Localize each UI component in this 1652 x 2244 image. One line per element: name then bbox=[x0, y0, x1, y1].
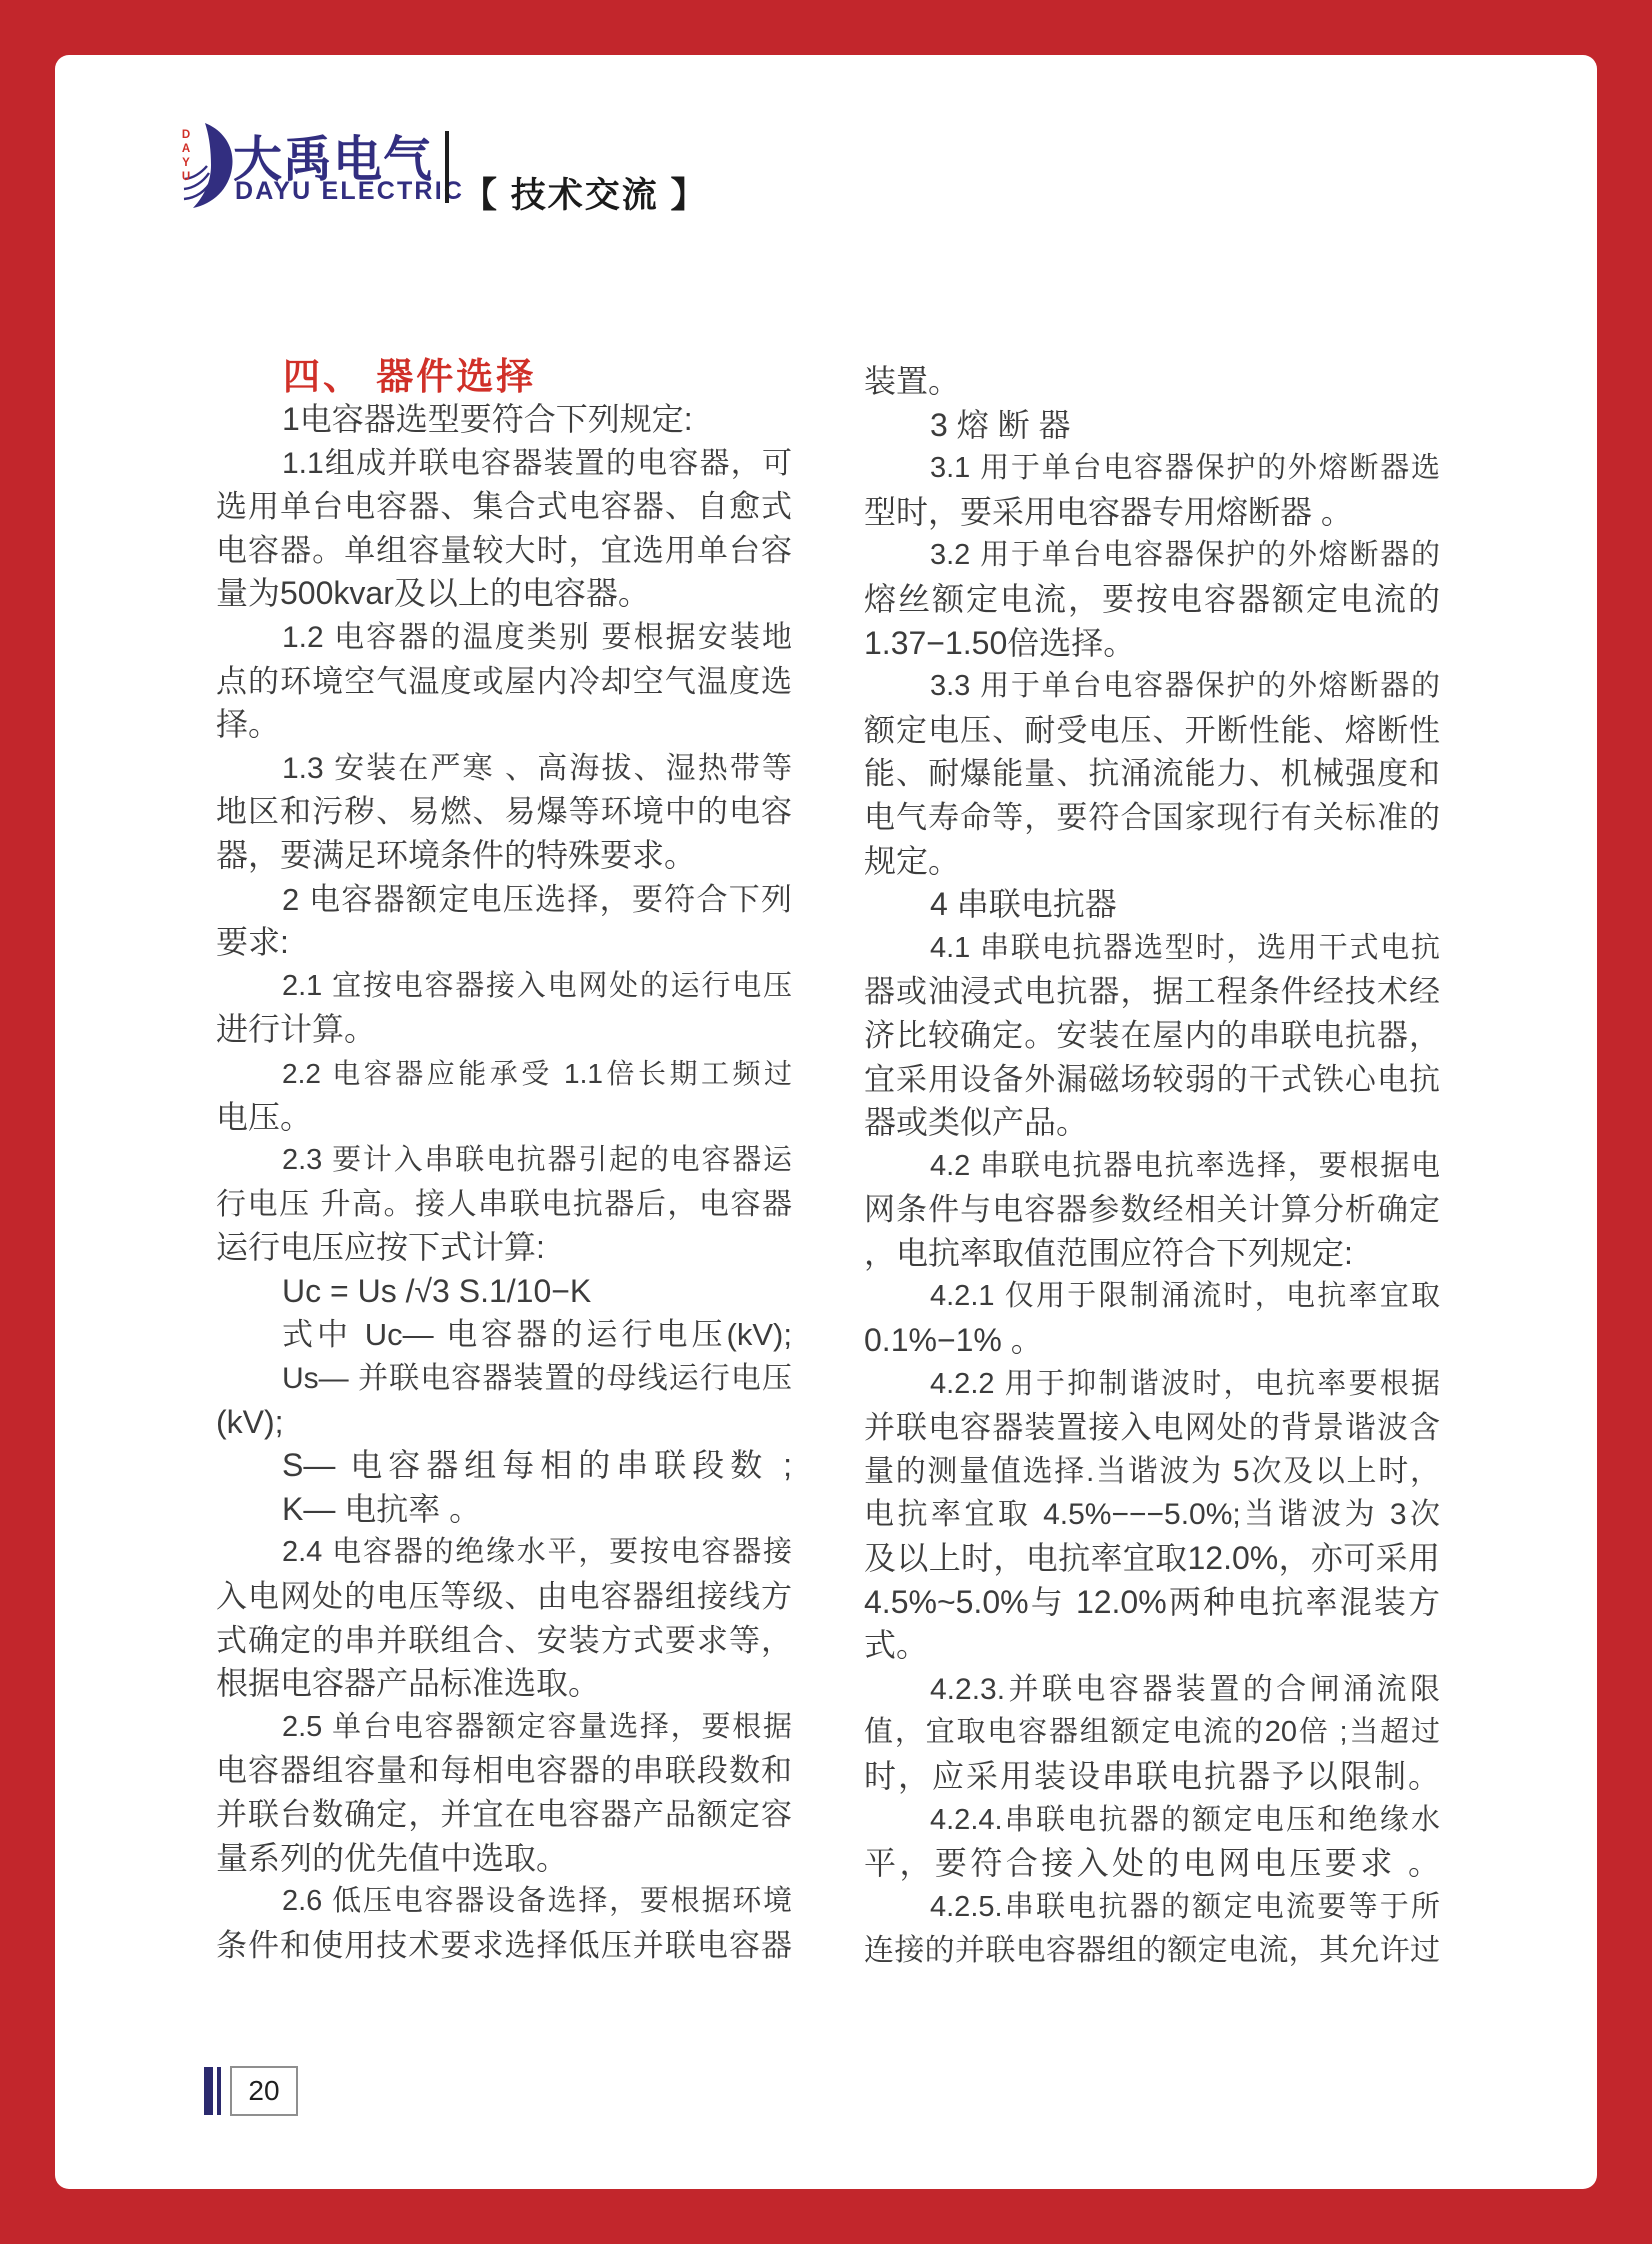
text-line: 要求: bbox=[216, 921, 792, 965]
text-line: 3.2 用于单台电容器保护的外熔断器的 bbox=[864, 534, 1440, 578]
text-line: 地区和污秽、易燃、易爆等环境中的电容 bbox=[216, 790, 792, 834]
text-line: 器或油浸式电抗器，据工程条件经技术经 bbox=[864, 970, 1440, 1014]
text-line: 3.1 用于单台电容器保护的外熔断器选 bbox=[864, 447, 1440, 491]
text-line: 电压。 bbox=[216, 1096, 792, 1140]
text-line: 型时，要采用电容器专用熔断器 。 bbox=[864, 491, 1440, 535]
text-line: Uc = Us /√3 S.1/10−K bbox=[216, 1270, 792, 1314]
text-line: S— 电容器组每相的串联段数 ; bbox=[216, 1444, 792, 1488]
header-divider bbox=[445, 131, 449, 203]
text-line: 器或类似产品。 bbox=[864, 1101, 1440, 1145]
text-line: 点的环境空气温度或屋内冷却空气温度选 bbox=[216, 660, 792, 704]
text-line: 1.3 安装在严寒 、高海拔、湿热带等 bbox=[216, 747, 792, 791]
text-line: 4 串联电抗器 bbox=[864, 883, 1440, 927]
text-line: 值，宜取电容器组额定电流的20倍 ;当超过 bbox=[864, 1711, 1440, 1755]
right-column: 装置。3 熔 断 器3.1 用于单台电容器保护的外熔断器选型时，要采用电容器专用… bbox=[864, 360, 1440, 1973]
text-line: 量系列的优先值中选取。 bbox=[216, 1837, 792, 1881]
text-line: 网条件与电容器参数经相关计算分析确定 bbox=[864, 1188, 1440, 1232]
text-line: 运行电压应按下式计算: bbox=[216, 1226, 792, 1270]
logo-english-name: DAYU ELECTRIC bbox=[235, 177, 464, 206]
text-line: 式。 bbox=[864, 1624, 1440, 1668]
text-line: 济比较确定。安装在屋内的串联电抗器， bbox=[864, 1014, 1440, 1058]
text-line: 电容器。单组容量较大时，宜选用单台容 bbox=[216, 529, 792, 573]
text-line: 宜采用设备外漏磁场较弱的干式铁心电抗 bbox=[864, 1058, 1440, 1102]
text-line: 进行计算。 bbox=[216, 1008, 792, 1052]
text-line: 条件和使用技术要求选择低压并联电容器 bbox=[216, 1924, 792, 1968]
text-line: 择。 bbox=[216, 703, 792, 747]
text-line: 器，要满足环境条件的特殊要求。 bbox=[216, 834, 792, 878]
text-line: 2.3 要计入串联电抗器引起的电容器运 bbox=[216, 1139, 792, 1183]
text-line: 1.1组成并联电容器装置的电容器，可 bbox=[216, 442, 792, 486]
text-line: 选用单台电容器、集合式电容器、自愈式 bbox=[216, 485, 792, 529]
text-line: Us— 并联电容器装置的母线运行电压 bbox=[216, 1357, 792, 1401]
text-line: 并联电容器装置接入电网处的背景谐波含 bbox=[864, 1406, 1440, 1450]
text-line: 根据电容器产品标准选取。 bbox=[216, 1662, 792, 1706]
left-column: 1电容器选型要符合下列规定:1.1组成并联电容器装置的电容器，可选用单台电容器、… bbox=[216, 398, 792, 1967]
text-line: 1.2 电容器的温度类别 要根据安装地 bbox=[216, 616, 792, 660]
text-line: 并联台数确定，并宜在电容器产品额定容 bbox=[216, 1793, 792, 1837]
text-line: 4.2.2 用于抑制谐波时，电抗率要根据 bbox=[864, 1363, 1440, 1407]
text-line: 及以上时，电抗率宜取12.0%，亦可采用 bbox=[864, 1537, 1440, 1581]
text-line: 入电网处的电压等级、由电容器组接线方 bbox=[216, 1575, 792, 1619]
page-number: 20 bbox=[248, 2075, 279, 2107]
text-line: 2.6 低压电容器设备选择，要根据环境 bbox=[216, 1880, 792, 1924]
text-line: ，电抗率取值范围应符合下列规定: bbox=[864, 1232, 1440, 1276]
text-line: (kV); bbox=[216, 1401, 792, 1445]
page-number-box: 20 bbox=[230, 2066, 298, 2116]
text-line: 1.37−1.50倍选择。 bbox=[864, 622, 1440, 666]
text-line: 4.1 串联电抗器选型时，选用干式电抗 bbox=[864, 927, 1440, 971]
text-line: 时，应采用装设串联电抗器予以限制。 bbox=[864, 1755, 1440, 1799]
text-line: 熔丝额定电流，要按电容器额定电流的 bbox=[864, 578, 1440, 622]
text-line: 4.2.1 仅用于限制涌流时，电抗率宜取 bbox=[864, 1275, 1440, 1319]
text-line: 额定电压、耐受电压、开断性能、熔断性 bbox=[864, 709, 1440, 753]
text-line: 4.2 串联电抗器电抗率选择，要根据电 bbox=[864, 1145, 1440, 1189]
text-line: 电气寿命等，要符合国家现行有关标准的 bbox=[864, 796, 1440, 840]
text-line: 2.5 单台电容器额定容量选择，要根据 bbox=[216, 1706, 792, 1750]
text-line: 4.2.3.并联电容器装置的合闸涌流限 bbox=[864, 1668, 1440, 1712]
document-page: DAYU 大禹电气 DAYU ELECTRIC 【 技术交流 】 四、 器件选择… bbox=[55, 55, 1597, 2189]
text-line: 4.2.4.串联电抗器的额定电压和绝缘水 bbox=[864, 1799, 1440, 1843]
text-line: 电容器组容量和每相电容器的串联段数和 bbox=[216, 1749, 792, 1793]
text-line: 连接的并联电容器组的额定电流，其允许过 bbox=[864, 1929, 1440, 1973]
article-heading: 四、 器件选择 bbox=[283, 346, 536, 400]
logo-vertical-text: DAYU bbox=[180, 129, 192, 193]
text-line: 2.1 宜按电容器接入电网处的运行电压 bbox=[216, 965, 792, 1009]
text-line: 电抗率宜取 4.5%−−−5.0%;当谐波为 3次 bbox=[864, 1493, 1440, 1537]
text-line: 2 电容器额定电压选择，要符合下列 bbox=[216, 878, 792, 922]
text-line: 量为500kvar及以上的电容器。 bbox=[216, 572, 792, 616]
text-line: 2.4 电容器的绝缘水平，要按电容器接 bbox=[216, 1531, 792, 1575]
text-line: 1电容器选型要符合下列规定: bbox=[216, 398, 792, 442]
text-line: 式中 Uc— 电容器的运行电压(kV); bbox=[216, 1313, 792, 1357]
text-line: 行电压 升高。接人串联电抗器后，电容器 bbox=[216, 1183, 792, 1227]
text-line: 2.2 电容器应能承受 1.1倍长期工频过 bbox=[216, 1052, 792, 1096]
text-line: 能、耐爆能量、抗涌流能力、机械强度和 bbox=[864, 752, 1440, 796]
text-line: 4.2.5.串联电抗器的额定电流要等于所 bbox=[864, 1886, 1440, 1930]
text-line: 3.3 用于单台电容器保护的外熔断器的 bbox=[864, 665, 1440, 709]
footer-bar-icon bbox=[204, 2067, 213, 2115]
text-line: 规定。 bbox=[864, 840, 1440, 884]
text-line: 3 熔 断 器 bbox=[864, 404, 1440, 448]
text-line: 式确定的串并联组合、安装方式要求等， bbox=[216, 1619, 792, 1663]
text-line: K— 电抗率 。 bbox=[216, 1488, 792, 1532]
footer-bar-icon bbox=[217, 2067, 221, 2115]
section-tag: 【 技术交流 】 bbox=[462, 168, 707, 218]
text-line: 量的测量值选择.当谐波为 5次及以上时， bbox=[864, 1450, 1440, 1494]
text-line: 装置。 bbox=[864, 360, 1440, 404]
red-border-frame: DAYU 大禹电气 DAYU ELECTRIC 【 技术交流 】 四、 器件选择… bbox=[0, 0, 1652, 2244]
text-line: 0.1%−1% 。 bbox=[864, 1319, 1440, 1363]
text-line: 4.5%~5.0%与 12.0%两种电抗率混装方 bbox=[864, 1581, 1440, 1625]
text-line: 平，要符合接入处的电网电压要求 。 bbox=[864, 1842, 1440, 1886]
